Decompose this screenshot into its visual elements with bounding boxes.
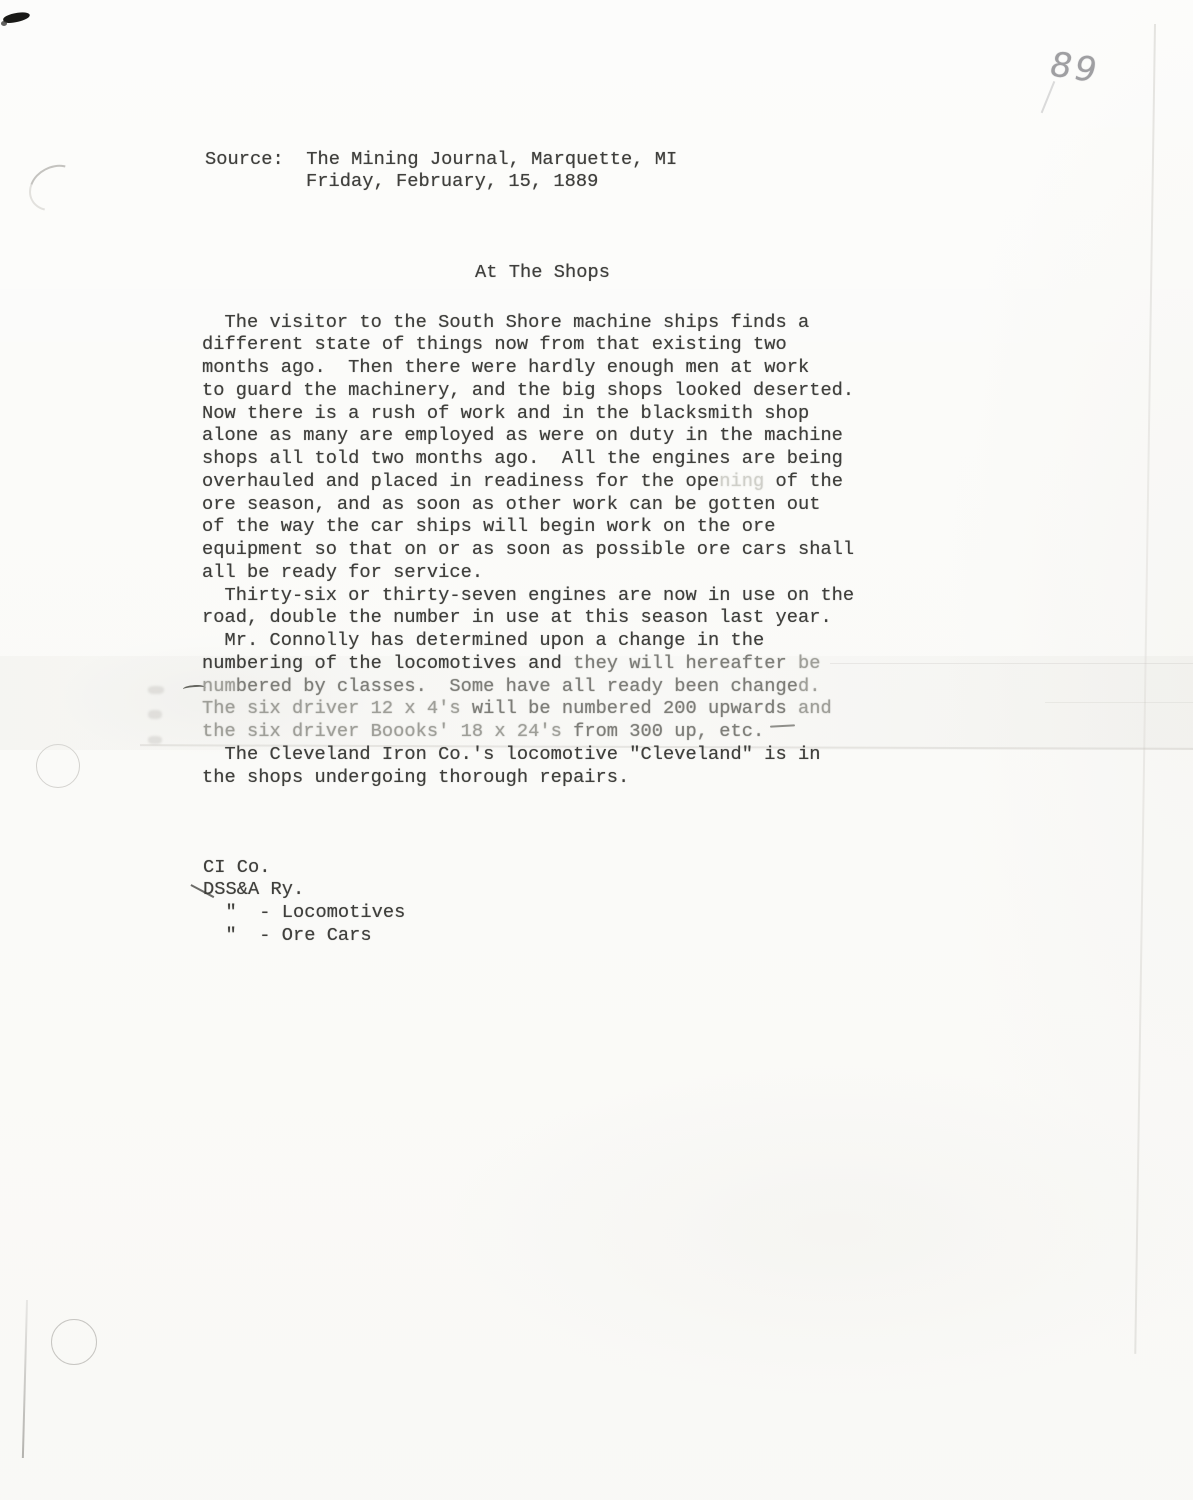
tape-edge-right xyxy=(1045,702,1193,703)
body-line: numbered by classes. Some have all ready… xyxy=(202,675,820,698)
scanned-page: 89 Source: The Mining Journal, Marquette… xyxy=(0,0,1193,1500)
hole-punch-bottom xyxy=(51,1319,97,1365)
pen-dash-mark xyxy=(770,724,795,727)
pencil-stroke-tail xyxy=(1041,81,1055,113)
body-line: numbering of the locomotives and they wi… xyxy=(202,652,820,675)
index-line: CI Co. xyxy=(203,856,270,879)
body-line: equipment so that on or as soon as possi… xyxy=(202,538,854,561)
body-line: shops all told two months ago. All the e… xyxy=(202,447,843,470)
body-line: overhauled and placed in readiness for t… xyxy=(202,470,843,493)
body-line: the six driver Boooks' 18 x 24's from 30… xyxy=(202,720,764,743)
body-line: Thirty-six or thirty-seven engines are n… xyxy=(202,584,854,607)
body-line: the shops undergoing thorough repairs. xyxy=(202,766,629,789)
ink-dot xyxy=(1,21,7,26)
article-title: At The Shops xyxy=(475,261,610,284)
body-line: all be ready for service. xyxy=(202,561,483,584)
body-line: Mr. Connolly has determined upon a chang… xyxy=(202,629,764,652)
pencil-arc-mark xyxy=(21,156,89,220)
handwritten-page-number: 89 xyxy=(1045,45,1104,92)
page-edge-line-left xyxy=(22,1300,28,1458)
body-line: The six driver 12 x 4's will be numbered… xyxy=(202,697,832,720)
tape-edge-top xyxy=(830,663,1193,664)
body-line: to guard the machinery, and the big shop… xyxy=(202,379,854,402)
source-date-line: Friday, February, 15, 1889 xyxy=(306,170,598,193)
body-line: The visitor to the South Shore machine s… xyxy=(202,311,809,334)
index-line: " - Ore Cars xyxy=(203,924,372,947)
body-line: months ago. Then there were hardly enoug… xyxy=(202,356,809,379)
body-line: road, double the number in use at this s… xyxy=(202,606,832,629)
body-line: different state of things now from that … xyxy=(202,333,787,356)
page-edge-line-right xyxy=(1134,24,1156,1354)
source-line: Source: The Mining Journal, Marquette, M… xyxy=(205,148,677,171)
body-line: ore season, and as soon as other work ca… xyxy=(202,493,820,516)
tape-smudge xyxy=(148,686,164,694)
body-line: alone as many are employed as were on du… xyxy=(202,424,843,447)
index-line: DSS&A Ry. xyxy=(203,878,304,901)
hole-punch-middle xyxy=(36,744,80,788)
tape-smudge xyxy=(148,710,162,719)
body-line: of the way the car ships will begin work… xyxy=(202,515,775,538)
tape-smudge xyxy=(148,736,162,744)
index-line: " - Locomotives xyxy=(203,901,405,924)
body-line: The Cleveland Iron Co.'s locomotive "Cle… xyxy=(202,743,820,766)
body-line: Now there is a rush of work and in the b… xyxy=(202,402,809,425)
